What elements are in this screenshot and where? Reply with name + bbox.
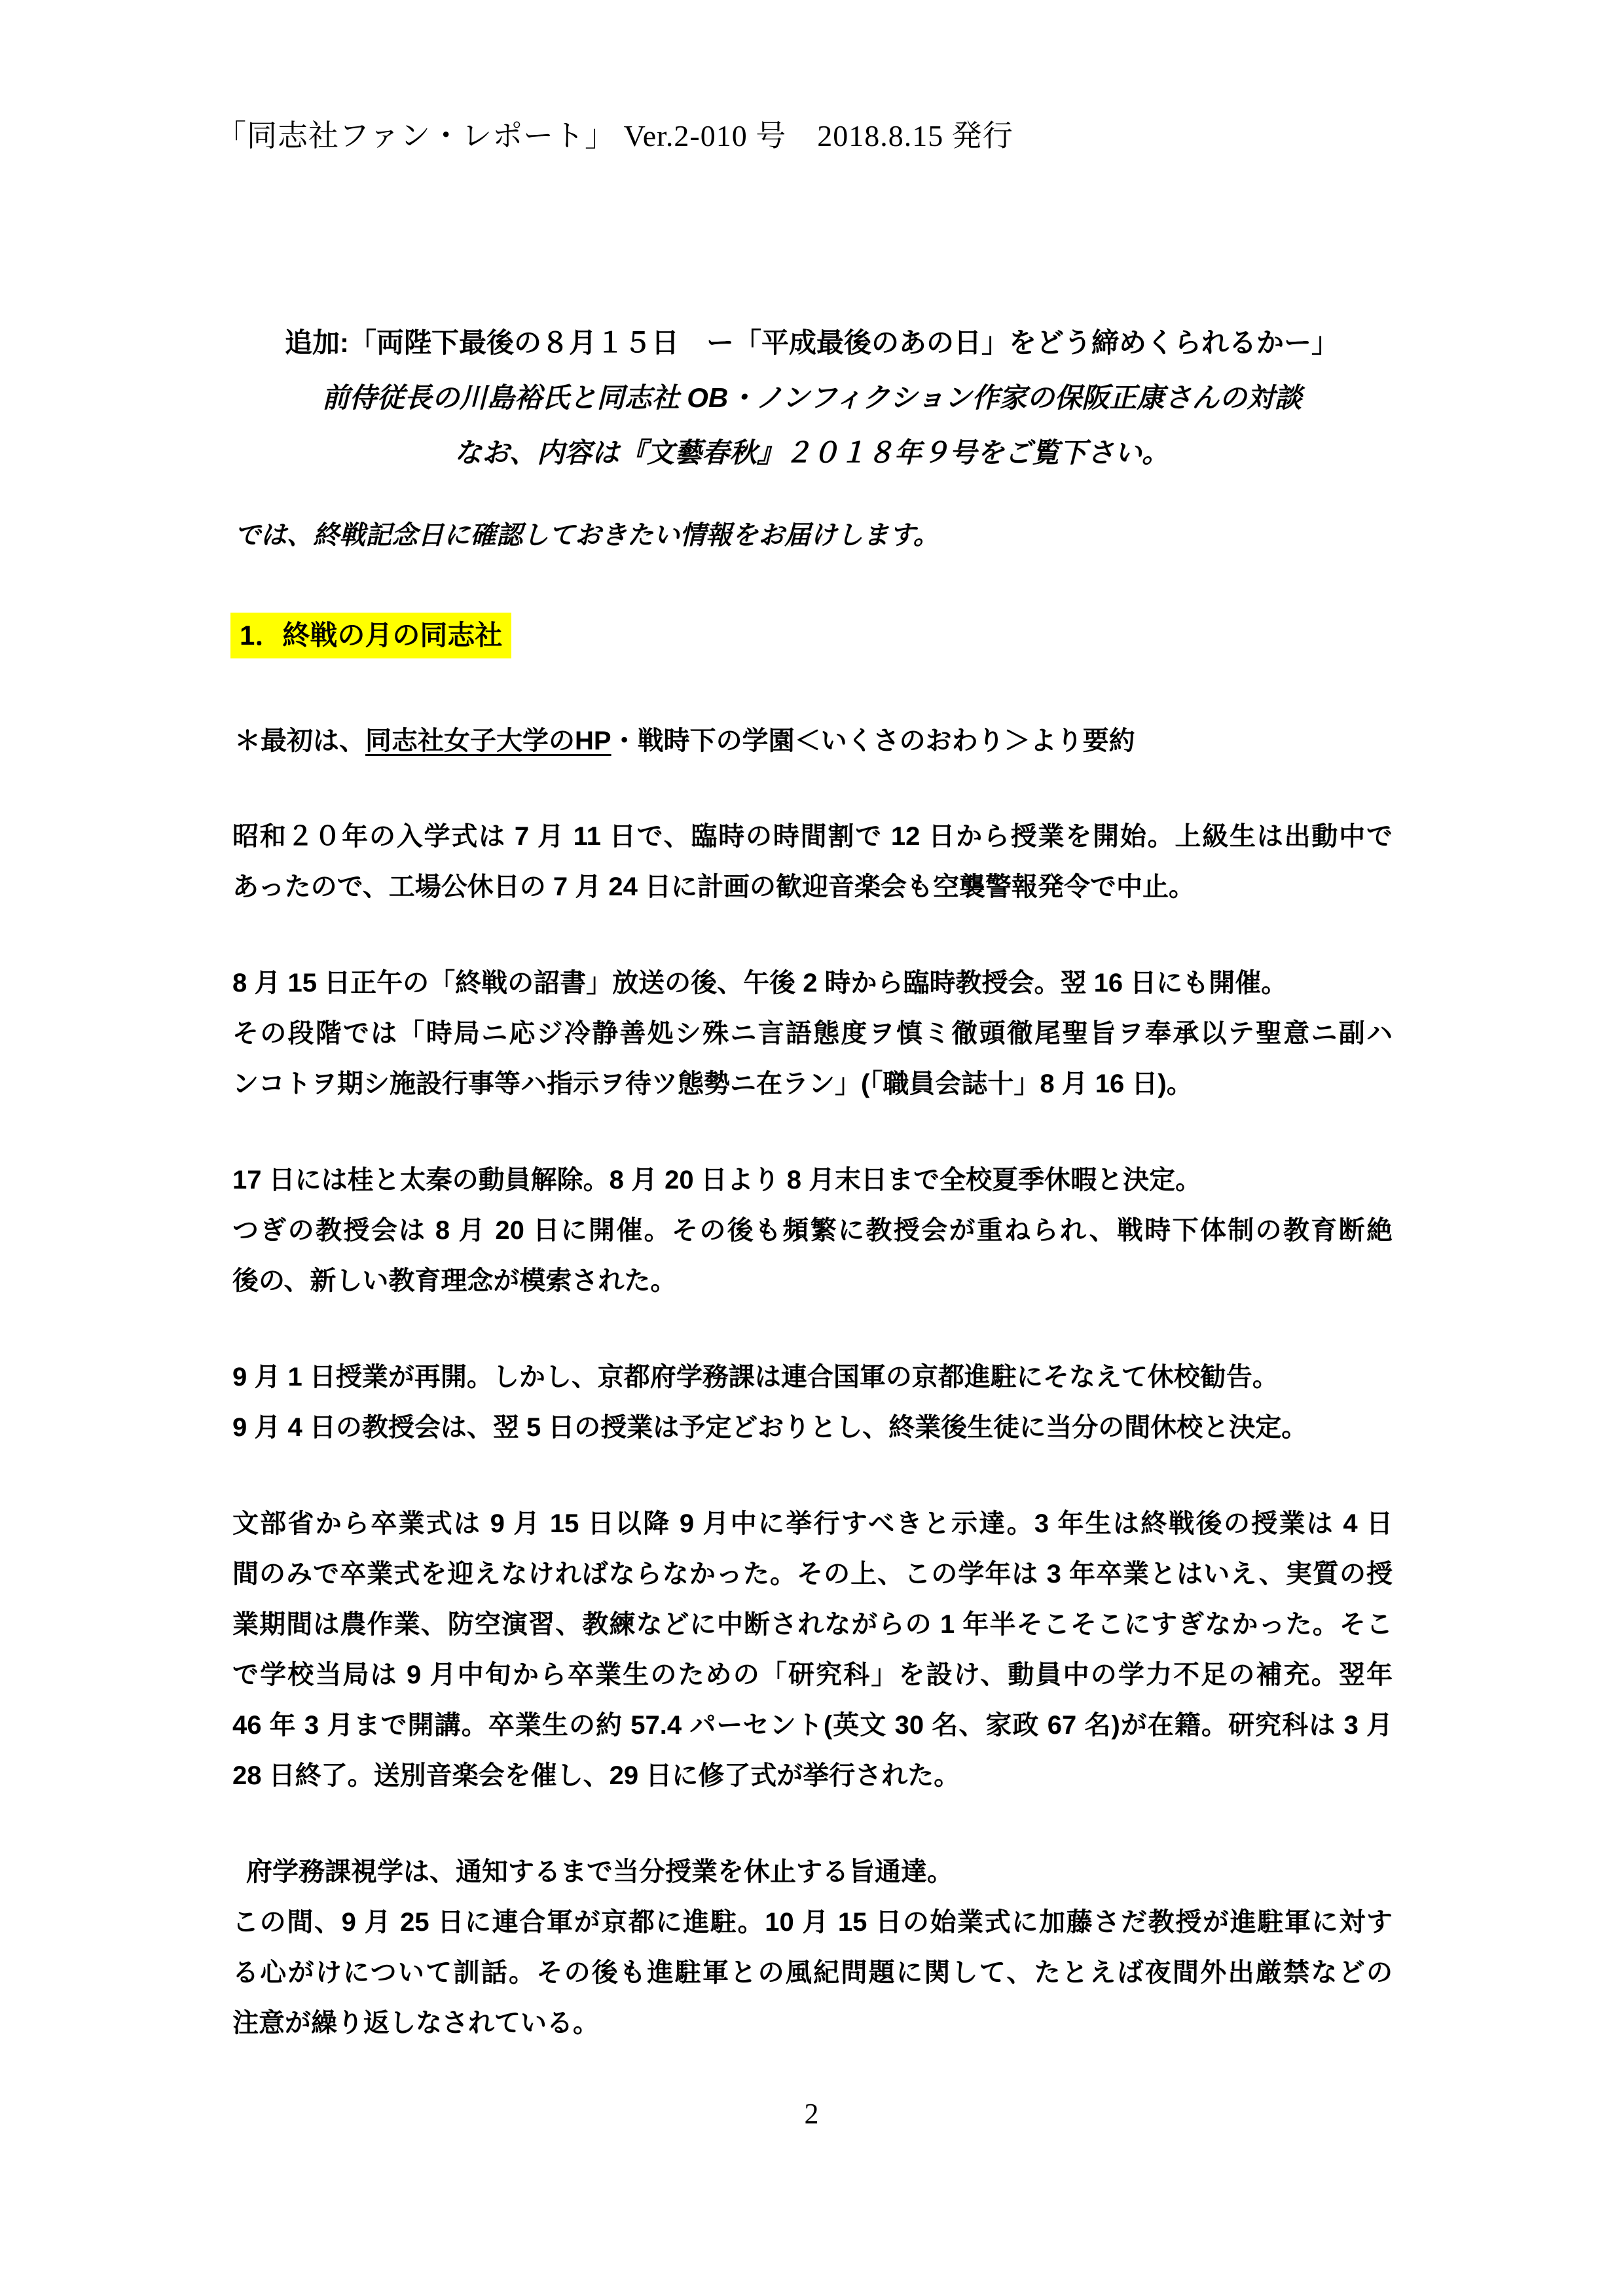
paragraph-line: 注意が繰り返しなされている。 bbox=[232, 1998, 1393, 2049]
lead-sentence: では、終戦記念日に確認しておきたい情報をお届けします。 bbox=[234, 517, 939, 554]
source-note: ＊最初は、同志社女子大学のHP・戦時下の学園＜いくさのおわり＞より要約 bbox=[234, 724, 1135, 758]
paragraph-line: 業期間は農作業、防空演習、教練などに中断されながらの 1 年半そこそこにすぎなか… bbox=[232, 1600, 1393, 1650]
paragraph-line: この間、9 月 25 日に連合軍が京都に進駐。10 月 15 日の始業式に加藤さ… bbox=[232, 1897, 1393, 1948]
announcement-subtitle: 前侍従長の川島裕氏と同志社 OB・ノンフィクション作家の保阪正康さんの対談 bbox=[196, 370, 1427, 425]
announcement-title: 追加:「両陛下最後の８月１５日 ー「平成最後のあの日」をどう締めくられるかー」 bbox=[196, 315, 1427, 370]
paragraph: 9 月 1 日授業が再開。しかし、京都府学務課は連合国軍の京都進駐にそなえて休校… bbox=[232, 1352, 1393, 1453]
paragraph-line: 後の、新しい教育理念が模索された。 bbox=[232, 1256, 1393, 1306]
section-heading: 1．終戦の月の同志社 bbox=[230, 613, 511, 658]
page-number: 2 bbox=[0, 2096, 1623, 2132]
paragraph: 文部省から卒業式は 9 月 15 日以降 9 月中に挙行すべきと示達。3 年生は… bbox=[232, 1499, 1393, 1801]
paragraph-line: 9 月 4 日の教授会は、翌 5 日の授業は予定どおりとし、終業後生徒に当分の間… bbox=[232, 1403, 1393, 1453]
paragraph-line: 28 日終了。送別音楽会を催し、29 日に修了式が挙行された。 bbox=[232, 1751, 1393, 1801]
paragraph-line: ンコトヲ期シ施設行事等ハ指示ヲ待ツ態勢ニ在ラン」(「職員会誌十」8 月 16 日… bbox=[232, 1059, 1393, 1109]
paragraph-line: 間のみで卒業式を迎えなければならなかった。その上、この学年は 3 年卒業とはいえ… bbox=[232, 1549, 1393, 1600]
paragraph-line: 17 日には桂と太秦の動員解除。8 月 20 日より 8 月末日まで全校夏季休暇… bbox=[232, 1155, 1393, 1206]
paragraph-line: 文部省から卒業式は 9 月 15 日以降 9 月中に挙行すべきと示達。3 年生は… bbox=[232, 1499, 1393, 1549]
paragraph-line: 8 月 15 日正午の「終戦の詔書」放送の後、午後 2 時から臨時教授会。翌 1… bbox=[232, 958, 1393, 1009]
source-note-prefix: ＊最初は、 bbox=[234, 726, 365, 755]
announcement-block: 追加:「両陛下最後の８月１５日 ー「平成最後のあの日」をどう締めくられるかー」 … bbox=[196, 315, 1427, 480]
body-paragraphs: 昭和２０年の入学式は 7 月 11 日で、臨時の時間割で 12 日から授業を開始… bbox=[232, 812, 1393, 2094]
paragraph-line: つぎの教授会は 8 月 20 日に開催。その後も頻繁に教授会が重ねられ、戦時下体… bbox=[232, 1206, 1393, 1256]
paragraph-line: で学校当局は 9 月中旬から卒業生のための「研究科」を設け、動員中の学力不足の補… bbox=[232, 1650, 1393, 1700]
paragraph: 8 月 15 日正午の「終戦の詔書」放送の後、午後 2 時から臨時教授会。翌 1… bbox=[232, 958, 1393, 1109]
document-page: 「同志社ファン・レポート」 Ver.2-010 号 2018.8.15 発行 追… bbox=[0, 0, 1623, 2296]
paragraph: 17 日には桂と太秦の動員解除。8 月 20 日より 8 月末日まで全校夏季休暇… bbox=[232, 1155, 1393, 1306]
paragraph-line: 昭和２０年の入学式は 7 月 11 日で、臨時の時間割で 12 日から授業を開始… bbox=[232, 812, 1393, 862]
paragraph-line: 46 年 3 月まで開講。卒業生の約 57.4 パーセント(英文 30 名、家政… bbox=[232, 1700, 1393, 1751]
paragraph: 府学務課視学は、通知するまで当分授業を休止する旨通達。この間、9 月 25 日に… bbox=[232, 1847, 1393, 2049]
paragraph-line: あったので、工場公休日の 7 月 24 日に計画の歓迎音楽会も空襲警報発令で中止… bbox=[232, 862, 1393, 912]
source-note-underlined-link: 同志社女子大学のHP bbox=[365, 726, 611, 755]
paragraph-line: 9 月 1 日授業が再開。しかし、京都府学務課は連合国軍の京都進駐にそなえて休校… bbox=[232, 1352, 1393, 1403]
paragraph-line: その段階では「時局ニ応ジ冷静善処シ殊ニ言語態度ヲ慎ミ徹頭徹尾聖旨ヲ奉承以テ聖意ニ… bbox=[232, 1009, 1393, 1059]
announcement-note: なお、内容は『文藝春秋』２０１８年９号をご覧下さい。 bbox=[196, 425, 1427, 480]
newsletter-header: 「同志社ファン・レポート」 Ver.2-010 号 2018.8.15 発行 bbox=[216, 119, 1013, 153]
paragraph: 昭和２０年の入学式は 7 月 11 日で、臨時の時間割で 12 日から授業を開始… bbox=[232, 812, 1393, 912]
source-note-suffix: ・戦時下の学園＜いくさのおわり＞より要約 bbox=[611, 726, 1135, 755]
paragraph-line: る心がけについて訓話。その後も進駐軍との風紀問題に関して、たとえば夜間外出厳禁な… bbox=[232, 1948, 1393, 1998]
paragraph-line: 府学務課視学は、通知するまで当分授業を休止する旨通達。 bbox=[232, 1847, 1393, 1897]
